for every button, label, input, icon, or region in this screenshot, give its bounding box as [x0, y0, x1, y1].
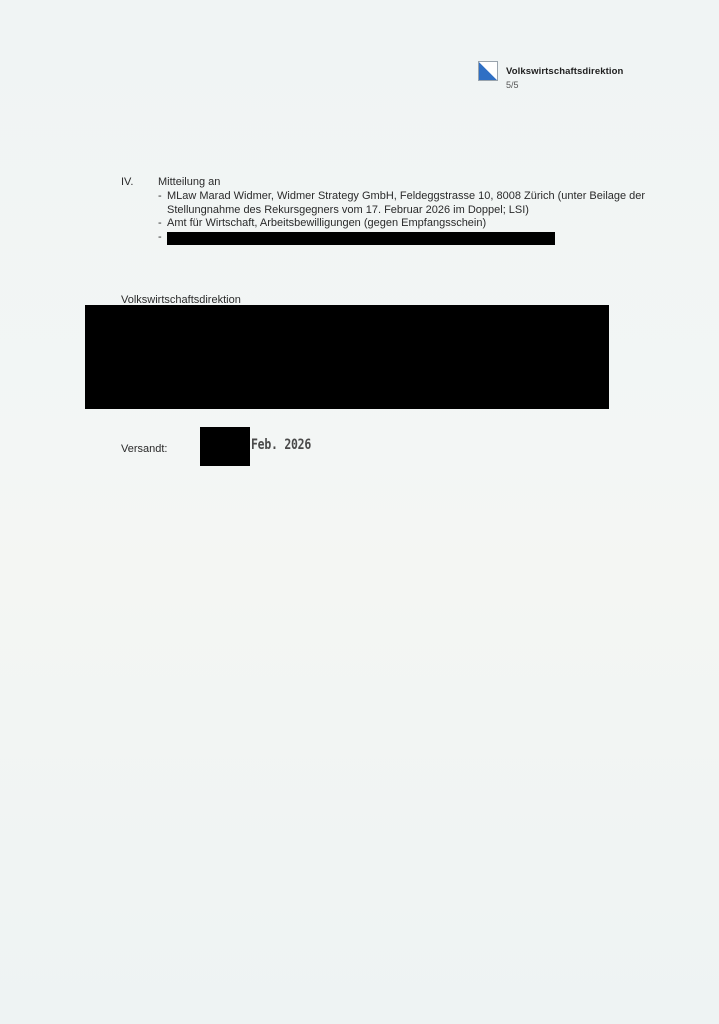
section-number: IV.	[121, 176, 133, 188]
list-dash: -	[158, 231, 162, 245]
page-number: 5/5	[506, 80, 519, 90]
dispatch-day-redaction	[200, 427, 250, 466]
list-dash: -	[158, 190, 162, 204]
recipient-text: Amt für Wirtschaft, Arbeitsbewilligungen…	[167, 217, 486, 229]
recipient-list: - MLaw Marad Widmer, Widmer Strategy Gmb…	[158, 190, 648, 247]
section-title: Mitteilung an	[158, 176, 220, 188]
signature-redaction	[85, 305, 609, 409]
recipient-item: -	[158, 231, 648, 248]
recipient-item: - Amt für Wirtschaft, Arbeitsbewilligung…	[158, 217, 648, 231]
canton-zurich-shield-icon	[478, 61, 498, 81]
header-department: Volkswirtschaftsdirektion	[506, 66, 623, 77]
dispatch-date-stamp: Feb. 2026	[251, 437, 311, 453]
list-dash: -	[158, 217, 162, 231]
dispatch-label: Versandt:	[121, 443, 167, 455]
document-page: Volkswirtschaftsdirektion 5/5 IV. Mittei…	[0, 0, 719, 1024]
recipient-item: - MLaw Marad Widmer, Widmer Strategy Gmb…	[158, 190, 648, 217]
recipient-text: MLaw Marad Widmer, Widmer Strategy GmbH,…	[167, 190, 645, 216]
redaction-bar	[167, 232, 555, 245]
